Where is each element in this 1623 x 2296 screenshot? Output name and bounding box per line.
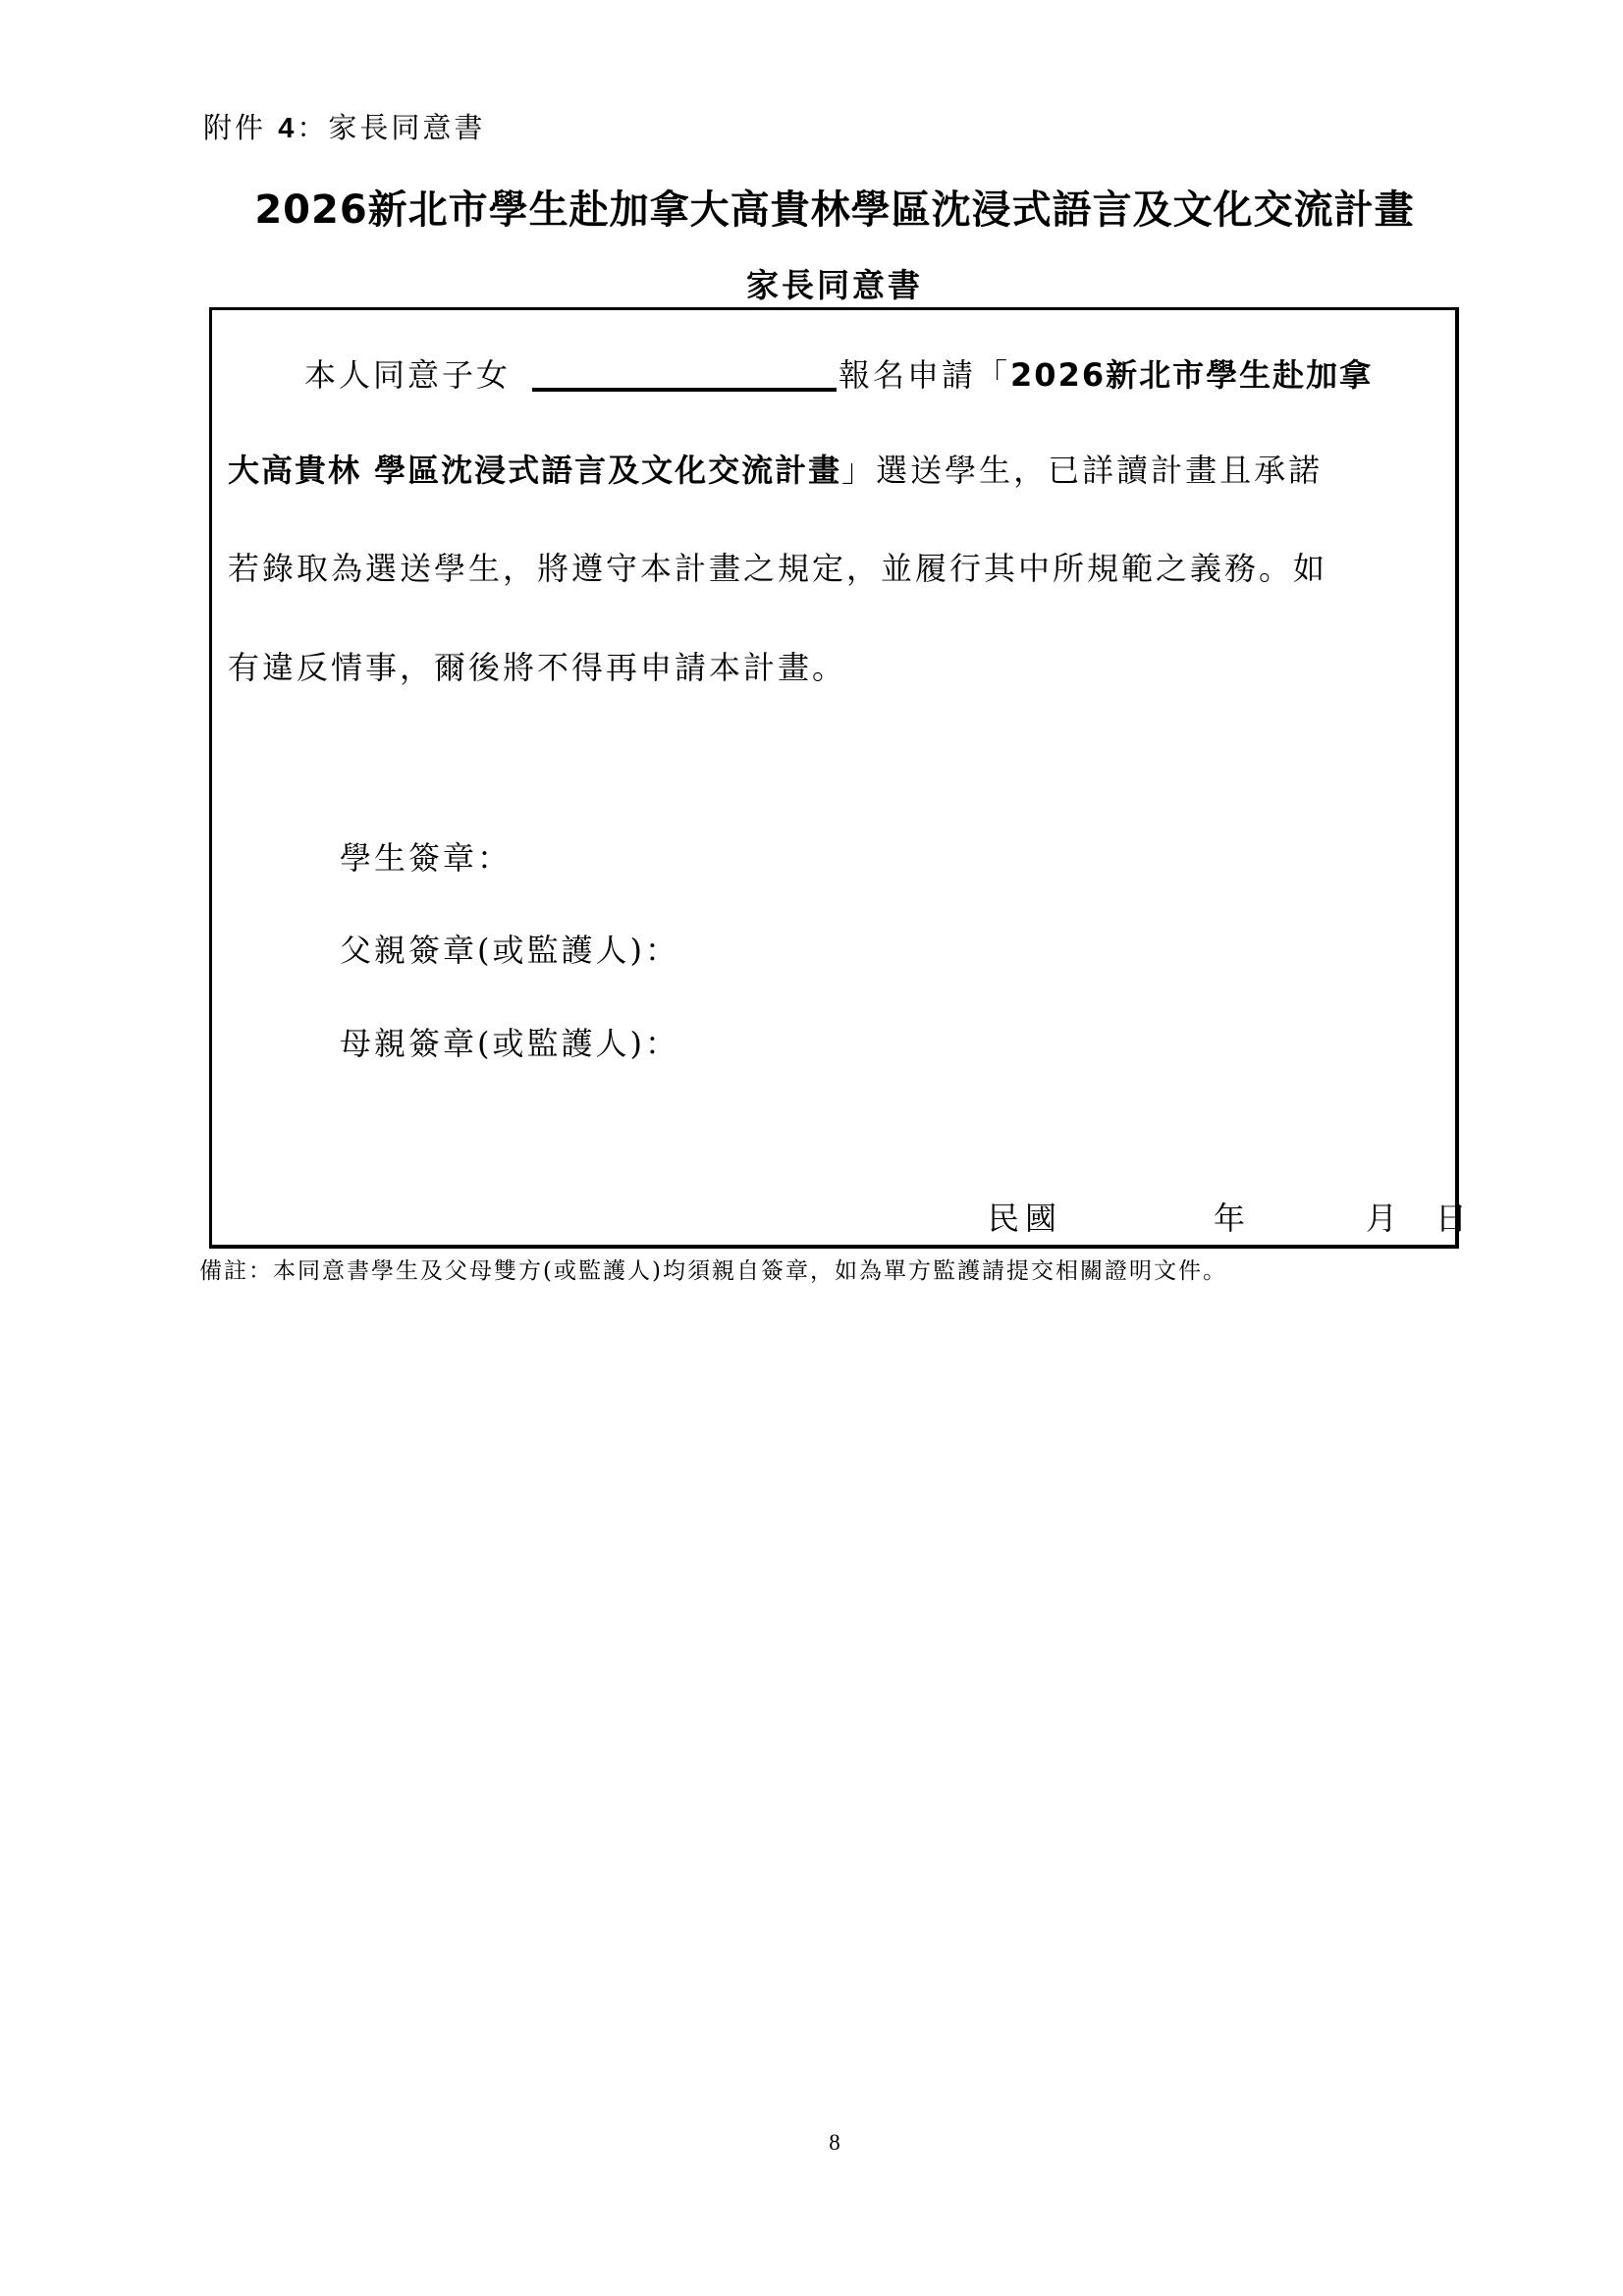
student-signature-field[interactable]: 學生簽章： — [340, 833, 512, 879]
program-name-part1: 2026新北市學生赴加拿 — [1010, 356, 1373, 394]
consent-prefix: 本人同意子女 — [304, 356, 511, 394]
date-year[interactable]: 年 — [1214, 1194, 1245, 1239]
date-era: 民國 — [988, 1194, 1062, 1239]
consent-apply-text: 報名申請「 — [839, 356, 1010, 394]
document-title: 2026新北市學生赴加拿大高貴林學區沈浸式語言及文化交流計畫 — [0, 179, 1623, 235]
attachment-number: 4 — [278, 113, 297, 144]
consent-form-box: 本人同意子女報名申請「2026新北市學生赴加拿 大高貴林 學區沈浸式語言及文化交… — [209, 307, 1459, 1249]
attachment-prefix: 附件 — [203, 111, 278, 144]
consent-line-2: 大高貴林 學區沈浸式語言及文化交流計畫」選送學生，已詳讀計畫且承諾 — [228, 451, 1323, 490]
consent-line-2-rest: 」選送學生，已詳讀計畫且承諾 — [841, 452, 1323, 489]
program-name-part2: 大高貴林 學區沈浸式語言及文化交流計畫 — [228, 452, 841, 489]
document-subtitle: 家長同意書 — [0, 260, 1623, 306]
child-name-blank[interactable] — [532, 388, 837, 392]
consent-line-1: 本人同意子女報名申請「2026新北市學生赴加拿 — [304, 355, 1373, 395]
father-signature-field[interactable]: 父親簽章(或監護人)： — [340, 926, 679, 971]
mother-signature-field[interactable]: 母親簽章(或監護人)： — [340, 1019, 679, 1064]
footnote: 備註：本同意書學生及父母雙方(或監護人)均須親自簽章，如為單方監護請提交相關證明… — [199, 1253, 1227, 1285]
consent-line-3: 若錄取為選送學生，將遵守本計畫之規定，並履行其中所規範之義務。如 — [228, 549, 1327, 588]
date-day[interactable]: 日 — [1435, 1194, 1467, 1239]
date-month[interactable]: 月 — [1366, 1194, 1397, 1239]
attachment-suffix: ：家長同意書 — [297, 111, 485, 144]
page-number: 8 — [0, 2130, 1623, 2156]
consent-line-4: 有違反情事，爾後將不得再申請本計畫。 — [228, 648, 846, 687]
attachment-label: 附件 4：家長同意書 — [203, 106, 485, 146]
